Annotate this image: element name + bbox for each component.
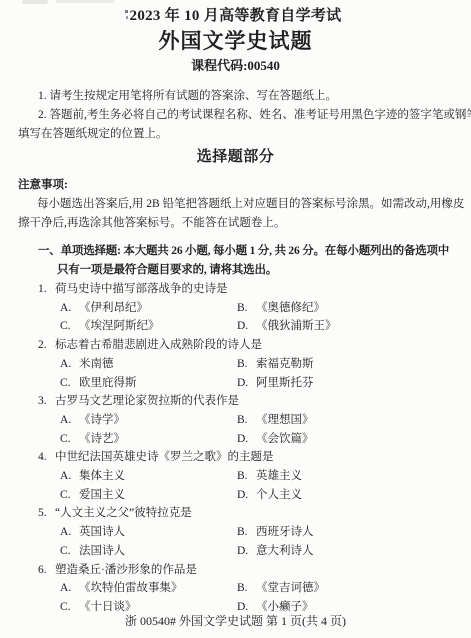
option-label: B. bbox=[237, 355, 256, 374]
option-text: 《伊利昂纪》 bbox=[79, 302, 148, 314]
option-label: A. bbox=[60, 467, 79, 486]
option-5D: D.意大利诗人 bbox=[237, 542, 314, 561]
option-label: B. bbox=[237, 523, 256, 542]
option-text: 《小癞子》 bbox=[256, 601, 314, 613]
exam-paper-page: 2023 年 10 月高等教育自学考试 外国文学史试题 课程代码:00540 1… bbox=[0, 0, 471, 638]
option-text: 《堂吉诃德》 bbox=[256, 582, 325, 594]
page-footer: 浙 00540# 外国文学史试题 第 1 页(共 4 页) bbox=[0, 614, 471, 629]
option-2A: A.米南德 bbox=[60, 355, 237, 374]
option-4C: C.爱国主义 bbox=[60, 486, 237, 505]
option-text: 《俄狄浦斯王》 bbox=[256, 320, 337, 332]
option-text: 《会饮篇》 bbox=[256, 433, 314, 445]
option-text: 个人主义 bbox=[256, 489, 302, 501]
option-text: 《十日谈》 bbox=[79, 601, 137, 613]
option-label: B. bbox=[237, 411, 256, 430]
part-one-heading: 一、单项选择题: 本大题共 26 小题, 每小题 1 分, 共 26 分。在每小… bbox=[0, 233, 471, 280]
option-5B: B.西班牙诗人 bbox=[237, 523, 314, 542]
option-text: 集体主义 bbox=[79, 470, 125, 482]
option-3A: A.《诗学》 bbox=[60, 411, 237, 430]
option-row: A.《伊利昂纪》 B.《奥德修纪》 bbox=[38, 299, 461, 318]
exam-session-title: 2023 年 10 月高等教育自学考试 bbox=[0, 0, 471, 26]
option-1C: C.《埃涅阿斯纪》 bbox=[60, 317, 237, 336]
option-row: A.《坎特伯雷故事集》 B.《堂吉诃德》 bbox=[38, 579, 461, 598]
option-2C: C.欧里庇得斯 bbox=[60, 374, 237, 393]
option-4A: A.集体主义 bbox=[60, 467, 237, 486]
option-1B: B.《奥德修纪》 bbox=[237, 299, 325, 318]
question-stem: 塑造桑丘·潘沙形象的作品是 bbox=[55, 564, 197, 576]
option-1D: D.《俄狄浦斯王》 bbox=[237, 317, 337, 336]
question-stem: “人文主义之父”彼特拉克是 bbox=[55, 507, 192, 519]
option-row: C.法国诗人 D.意大利诗人 bbox=[38, 542, 461, 561]
instruction-line-1: 1. 请考生按规定用笔将所有试题的答案涂、写在答题纸上。 bbox=[0, 87, 471, 106]
notice-line-1: 每小题选出答案后,用 2B 铅笔把答题纸上对应题目的答案标号涂黑。如需改动,用橡… bbox=[0, 195, 471, 214]
option-5C: C.法国诗人 bbox=[60, 542, 237, 561]
option-row: C.爱国主义 D.个人主义 bbox=[38, 486, 461, 505]
option-text: 《埃涅阿斯纪》 bbox=[79, 320, 160, 332]
question-stem-row: 2.标志着古希腊悲剧进入成熟阶段的诗人是 bbox=[38, 336, 461, 355]
option-2D: D.阿里斯托芬 bbox=[237, 374, 314, 393]
option-text: 《诗学》 bbox=[79, 414, 125, 426]
option-text: 米南德 bbox=[79, 358, 114, 370]
question-stem-row: 3.古罗马文艺理论家贺拉斯的代表作是 bbox=[38, 392, 461, 411]
question-stem: 荷马史诗中描写部落战争的史诗是 bbox=[55, 283, 228, 295]
question-stem: 古罗马文艺理论家贺拉斯的代表作是 bbox=[55, 395, 239, 407]
course-code: 课程代码:00540 bbox=[0, 54, 471, 74]
option-text: 意大利诗人 bbox=[256, 545, 314, 557]
option-4D: D.个人主义 bbox=[237, 486, 302, 505]
question-stem: 标志着古希腊悲剧进入成熟阶段的诗人是 bbox=[55, 339, 262, 351]
option-text: 《奥德修纪》 bbox=[256, 302, 325, 314]
option-row: A.英国诗人 B.西班牙诗人 bbox=[38, 523, 461, 542]
notice-block: 注意事项: 每小题选出答案后,用 2B 铅笔把答题纸上对应题目的答案标号涂黑。如… bbox=[0, 167, 471, 233]
question-number: 3. bbox=[38, 392, 55, 411]
part-one-heading-line-1: 一、单项选择题: 本大题共 26 小题, 每小题 1 分, 共 26 分。在每小… bbox=[0, 242, 471, 261]
question-3: 3.古罗马文艺理论家贺拉斯的代表作是 A.《诗学》 B.《理想国》 C.《诗艺》… bbox=[38, 392, 461, 448]
question-number: 4. bbox=[38, 448, 55, 467]
option-text: 阿里斯托芬 bbox=[256, 377, 314, 389]
option-label: B. bbox=[237, 579, 256, 598]
option-label: D. bbox=[237, 542, 256, 561]
question-stem: 中世纪法国英雄史诗《罗兰之歌》的主题是 bbox=[55, 451, 274, 463]
option-row: A.集体主义 B.英雄主义 bbox=[38, 467, 461, 486]
question-stem-row: 4.中世纪法国英雄史诗《罗兰之歌》的主题是 bbox=[38, 448, 461, 467]
option-text: 英国诗人 bbox=[79, 526, 125, 538]
question-2: 2.标志着古希腊悲剧进入成熟阶段的诗人是 A.米南德 B.索福克勒斯 C.欧里庇… bbox=[38, 336, 461, 392]
option-label: B. bbox=[237, 467, 256, 486]
option-text: 《理想国》 bbox=[256, 414, 314, 426]
question-6: 6.塑造桑丘·潘沙形象的作品是 A.《坎特伯雷故事集》 B.《堂吉诃德》 C.《… bbox=[38, 561, 461, 617]
option-label: A. bbox=[60, 299, 79, 318]
option-label: D. bbox=[237, 430, 256, 449]
option-text: 《诗艺》 bbox=[79, 433, 125, 445]
option-label: A. bbox=[60, 579, 79, 598]
question-4: 4.中世纪法国英雄史诗《罗兰之歌》的主题是 A.集体主义 B.英雄主义 C.爱国… bbox=[38, 448, 461, 504]
option-label: D. bbox=[237, 317, 256, 336]
option-label: A. bbox=[60, 411, 79, 430]
question-1: 1.荷马史诗中描写部落战争的史诗是 A.《伊利昂纪》 B.《奥德修纪》 C.《埃… bbox=[38, 280, 461, 336]
option-text: 法国诗人 bbox=[79, 545, 125, 557]
option-label: D. bbox=[237, 486, 256, 505]
page-title: 外国文学史试题 bbox=[0, 26, 471, 54]
option-text: 西班牙诗人 bbox=[256, 526, 314, 538]
question-number: 6. bbox=[38, 561, 55, 580]
option-5A: A.英国诗人 bbox=[60, 523, 237, 542]
option-4B: B.英雄主义 bbox=[237, 467, 302, 486]
option-label: B. bbox=[237, 299, 256, 318]
question-number: 1. bbox=[38, 280, 55, 299]
option-2B: B.索福克勒斯 bbox=[237, 355, 314, 374]
instruction-line-2: 2. 答题前,考生务必将自己的考试课程名称、姓名、准考证号用黑色字迹的签字笔或钢… bbox=[0, 106, 471, 125]
option-3B: B.《理想国》 bbox=[237, 411, 314, 430]
option-row: A.《诗学》 B.《理想国》 bbox=[38, 411, 461, 430]
instruction-line-2-wrap: 填写在答题纸规定的位置上。 bbox=[0, 125, 471, 144]
scan-artifact bbox=[125, 10, 128, 13]
option-3C: C.《诗艺》 bbox=[60, 430, 237, 449]
option-text: 爱国主义 bbox=[79, 489, 125, 501]
question-stem-row: 1.荷马史诗中描写部落战争的史诗是 bbox=[38, 280, 461, 299]
option-label: D. bbox=[237, 374, 256, 393]
option-text: 欧里庇得斯 bbox=[79, 377, 137, 389]
scan-artifact bbox=[22, 0, 48, 4]
question-number: 5. bbox=[38, 504, 55, 523]
option-row: C.《埃涅阿斯纪》 D.《俄狄浦斯王》 bbox=[38, 317, 461, 336]
general-instructions: 1. 请考生按规定用笔将所有试题的答案涂、写在答题纸上。 2. 答题前,考生务必… bbox=[0, 74, 471, 144]
option-text: 英雄主义 bbox=[256, 470, 302, 482]
part-one-heading-line-2: 只有一项是最符合题目要求的, 请将其选出。 bbox=[0, 261, 471, 280]
section-title: 选择题部分 bbox=[0, 144, 471, 167]
notice-line-2: 擦干净后,再选涂其他答案标号。不能答在试题卷上。 bbox=[0, 214, 471, 233]
option-row: C.欧里庇得斯 D.阿里斯托芬 bbox=[38, 374, 461, 393]
option-label: C. bbox=[60, 486, 79, 505]
option-label: C. bbox=[60, 430, 79, 449]
question-stem-row: 6.塑造桑丘·潘沙形象的作品是 bbox=[38, 561, 461, 580]
option-1A: A.《伊利昂纪》 bbox=[60, 299, 237, 318]
option-text: 索福克勒斯 bbox=[256, 358, 314, 370]
option-6B: B.《堂吉诃德》 bbox=[237, 579, 325, 598]
option-6A: A.《坎特伯雷故事集》 bbox=[60, 579, 237, 598]
scan-artifact bbox=[56, 0, 114, 3]
option-text: 《坎特伯雷故事集》 bbox=[79, 582, 183, 594]
option-row: A.米南德 B.索福克勒斯 bbox=[38, 355, 461, 374]
option-label: C. bbox=[60, 374, 79, 393]
scan-artifact bbox=[126, 16, 128, 19]
notice-heading: 注意事项: bbox=[0, 176, 471, 195]
option-label: A. bbox=[60, 523, 79, 542]
option-label: C. bbox=[60, 542, 79, 561]
question-number: 2. bbox=[38, 336, 55, 355]
question-stem-row: 5.“人文主义之父”彼特拉克是 bbox=[38, 504, 461, 523]
question-5: 5.“人文主义之父”彼特拉克是 A.英国诗人 B.西班牙诗人 C.法国诗人 D.… bbox=[38, 504, 461, 560]
option-label: C. bbox=[60, 317, 79, 336]
option-3D: D.《会饮篇》 bbox=[237, 430, 314, 449]
question-list: 1.荷马史诗中描写部落战争的史诗是 A.《伊利昂纪》 B.《奥德修纪》 C.《埃… bbox=[38, 280, 461, 617]
option-label: A. bbox=[60, 355, 79, 374]
option-row: C.《诗艺》 D.《会饮篇》 bbox=[38, 430, 461, 449]
